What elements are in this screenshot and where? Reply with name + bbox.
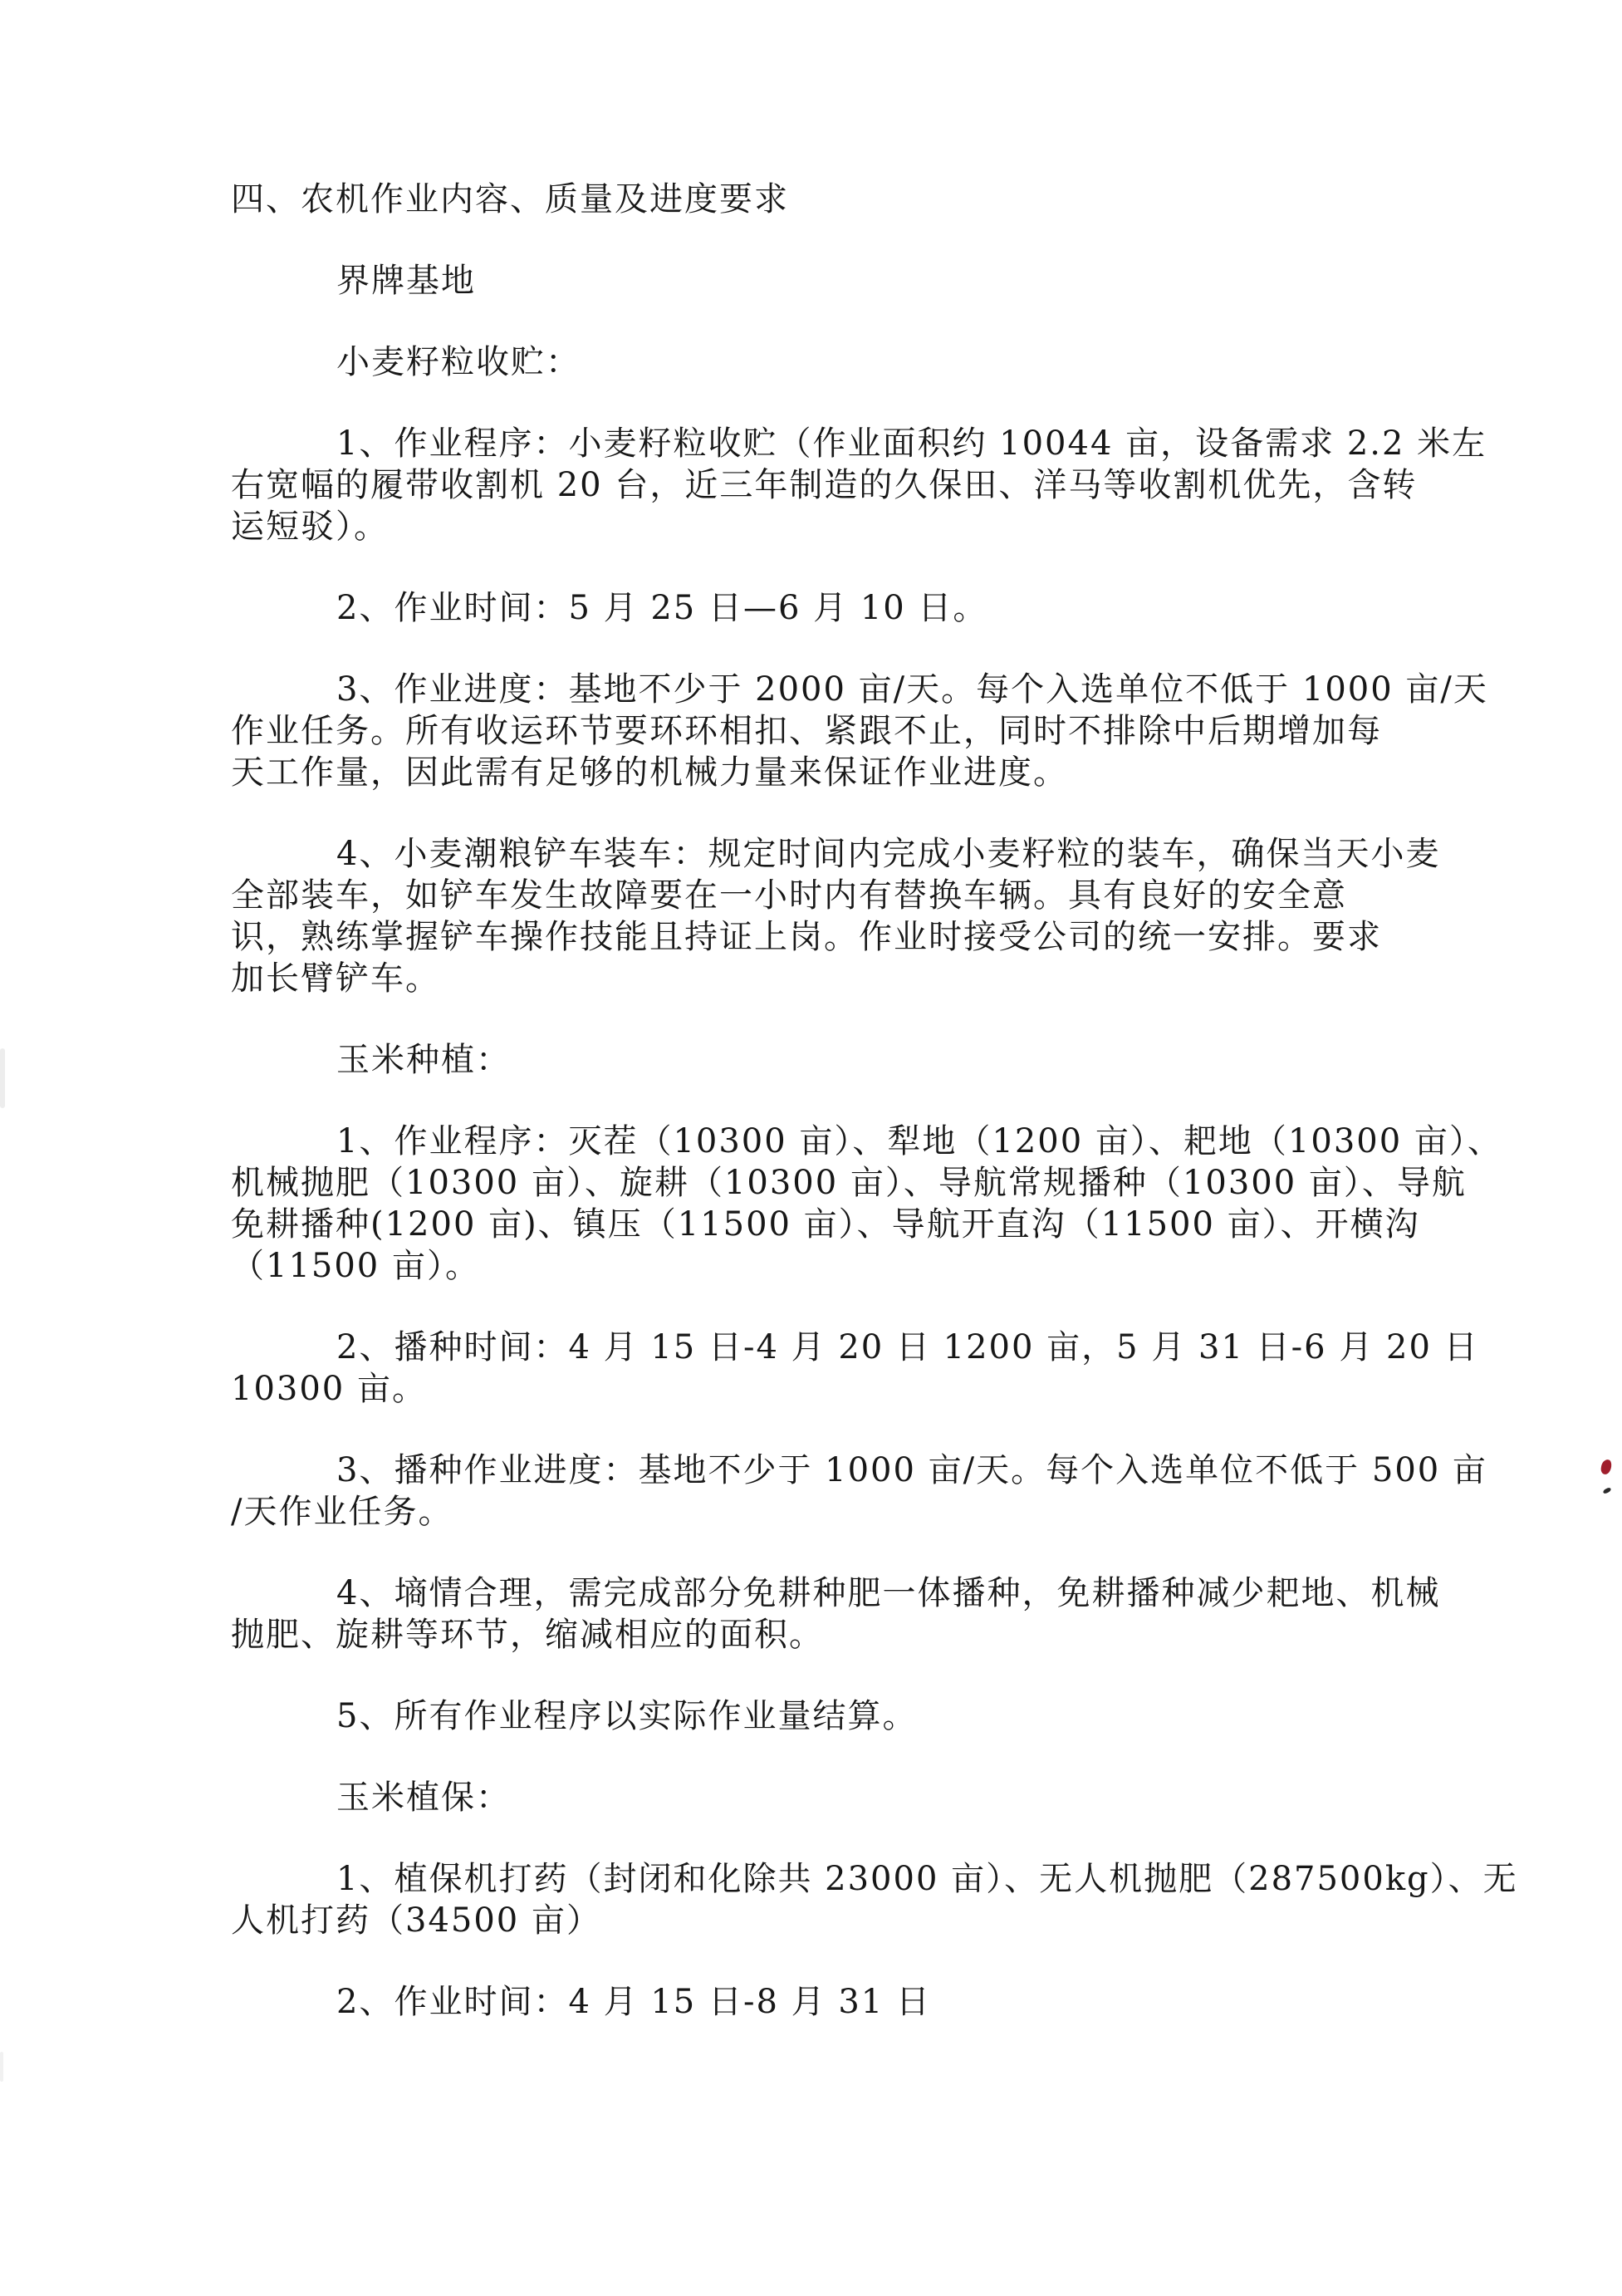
corn-p4-line1: 4、墒情合理，需完成部分免耕种肥一体播种，免耕播种减少耙地、机械 [231, 1572, 1593, 1614]
corn-p2-line2: 10300 亩。 [231, 1368, 1593, 1410]
wheat-p4-line3: 识，熟练掌握铲车操作技能且持证上岗。作业时接受公司的统一安排。要求 [231, 916, 1593, 958]
corn-p1-line3: 免耕播种(1200 亩)、镇压（11500 亩）、导航开直沟（11500 亩）、… [231, 1204, 1593, 1245]
corn-p4-line2: 抛肥、旋耕等环节，缩减相应的面积。 [231, 1614, 1593, 1656]
protection-p1-line2: 人机打药（34500 亩） [231, 1900, 1593, 1941]
corn-p1-line1: 1、作业程序：灭茬（10300 亩）、犁地（1200 亩）、耙地（10300 亩… [231, 1121, 1593, 1162]
protection-p1-line1: 1、植保机打药（封闭和化除共 23000 亩）、无人机抛肥（287500kg）、… [231, 1858, 1593, 1900]
red-ink-mark [1600, 1459, 1612, 1474]
corn-p3-line2: /天作业任务。 [231, 1491, 1593, 1533]
wheat-p4-line4: 加长臂铲车。 [231, 958, 1593, 999]
left-edge-smudge [0, 2052, 3, 2082]
subsection-title-corn-planting: 玉米种植： [231, 1039, 1593, 1081]
subsection-title-wheat: 小麦籽粒收贮： [231, 341, 1593, 383]
corn-p1-line2: 机械抛肥（10300 亩）、旋耕（10300 亩）、导航常规播种（10300 亩… [231, 1162, 1593, 1204]
wheat-p2-line1: 2、作业时间：5 月 25 日—6 月 10 日。 [231, 587, 1593, 629]
wheat-p3-line3: 天工作量，因此需有足够的机械力量来保证作业进度。 [231, 752, 1593, 793]
wheat-p3-line2: 作业任务。所有收运环节要环环相扣、紧跟不止，同时不排除中后期增加每 [231, 710, 1593, 752]
wheat-p1-line1: 1、作业程序：小麦籽粒收贮（作业面积约 10044 亩，设备需求 2.2 米左 [231, 423, 1593, 464]
wheat-p4-line1: 4、小麦潮粮铲车装车：规定时间内完成小麦籽粒的装车，确保当天小麦 [231, 833, 1593, 875]
corn-p1-line4: （11500 亩）。 [231, 1245, 1593, 1287]
section-heading: 四、农机作业内容、质量及进度要求 [231, 179, 1593, 220]
document-body: 四、农机作业内容、质量及进度要求 界牌基地 小麦籽粒收贮： 1、作业程序：小麦籽… [231, 179, 1593, 2023]
corn-p3-line1: 3、播种作业进度：基地不少于 1000 亩/天。每个入选单位不低于 500 亩 [231, 1450, 1593, 1491]
wheat-p4-line2: 全部装车，如铲车发生故障要在一小时内有替换车辆。具有良好的安全意 [231, 875, 1593, 916]
wheat-p1-line2: 右宽幅的履带收割机 20 台，近三年制造的久保田、洋马等收割机优先，含转 [231, 464, 1593, 506]
corn-p5-line1: 5、所有作业程序以实际作业量结算。 [231, 1695, 1593, 1737]
site-title: 界牌基地 [231, 260, 1593, 302]
corn-p2-line1: 2、播种时间：4 月 15 日-4 月 20 日 1200 亩，5 月 31 日… [231, 1327, 1593, 1368]
protection-p2-line1: 2、作业时间：4 月 15 日-8 月 31 日 [231, 1981, 1593, 2023]
scanned-document-page: 四、农机作业内容、质量及进度要求 界牌基地 小麦籽粒收贮： 1、作业程序：小麦籽… [0, 0, 1622, 2296]
subsection-title-corn-protection: 玉米植保： [231, 1777, 1593, 1818]
left-edge-smudge [0, 1048, 5, 1108]
wheat-p3-line1: 3、作业进度：基地不少于 2000 亩/天。每个入选单位不低于 1000 亩/天 [231, 669, 1593, 710]
black-speck-artifact [1602, 1487, 1611, 1494]
wheat-p1-line3: 运短驳）。 [231, 506, 1593, 547]
